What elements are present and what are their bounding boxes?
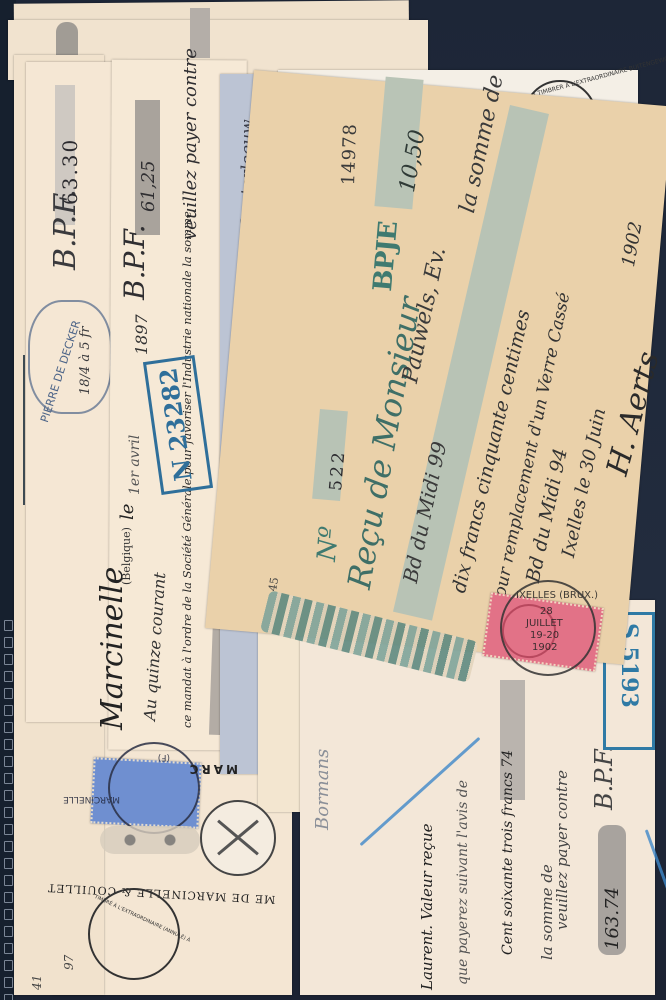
film-perforation [4, 790, 13, 801]
ixelles-postmark-time: 19-20 [530, 630, 559, 641]
mining-emblem [200, 800, 276, 876]
scroll-ornament [100, 826, 200, 854]
film-perforation [4, 807, 13, 818]
film-perforation [4, 994, 13, 1000]
film-perforation [4, 637, 13, 648]
bill-left-date-note: 18/4 à 5 fr [78, 326, 93, 395]
blue-box-stamp-text: N 23282 [153, 366, 198, 483]
marcinelle-amount: 61,25 [138, 160, 159, 212]
receipt-monogram: BPJE [368, 221, 404, 293]
ixelles-postmark-year: 1902 [532, 642, 557, 653]
film-perforation [4, 705, 13, 716]
receipt-number-top: 14978 [338, 123, 361, 186]
marcinelle-country: (Belgique) [120, 527, 133, 585]
bottom-right-signature: Bormans [312, 749, 333, 830]
ixelles-postmark: IXELLES (BRUX.) 28 JUILLET 19-20 1902 [500, 580, 596, 676]
film-perforation [4, 671, 13, 682]
bottom-right-amount-words: Cent soixante trois francs 74 [500, 750, 516, 955]
receipt-margin-note: 45 [266, 576, 281, 592]
film-perforation [4, 756, 13, 767]
bottom-right-payee: Laurent. Valeur reçue [418, 824, 436, 991]
letterhead-margin-note-2: 41 [30, 975, 44, 990]
marcinelle-place: Marcinelle [95, 567, 130, 730]
receipt-no: 522 [326, 449, 350, 492]
film-perforation [4, 926, 13, 937]
film-perforation [4, 875, 13, 886]
ixelles-postmark-day: 28 [540, 606, 553, 617]
bottom-right-la-somme: la somme de [538, 864, 556, 960]
marcinelle-year: 1897 [132, 314, 151, 355]
marcinelle-postmark-code: (F) [158, 752, 170, 762]
black-bracket-line [23, 355, 25, 505]
extraordinaire-round-stamp: TIMBRÉ À L'EXTRAORDINAIRE (ANNULÉ) À [88, 888, 180, 980]
engraved-arch-ornament [56, 22, 78, 58]
film-perforation [4, 688, 13, 699]
film-perforation [4, 841, 13, 852]
letterhead-heading-partial: MARC [187, 762, 238, 776]
bottom-right-valeur: que payerez suivant l'avis de [455, 780, 471, 985]
film-perforation [4, 960, 13, 971]
film-perforation [4, 909, 13, 920]
film-perforation [4, 722, 13, 733]
bottom-right-amount: 163.74 [602, 887, 623, 950]
marcinelle-postmark: MARCINELLE (F) [108, 742, 200, 834]
receipt-no-label: Nº [312, 525, 345, 562]
marcinelle-date: 1er avril [127, 435, 143, 495]
bottom-right-bpf: B.P.F. [590, 745, 618, 810]
film-perforation [4, 858, 13, 869]
letterhead-margin-note: 97 [62, 955, 76, 970]
film-perforation [4, 892, 13, 903]
marcinelle-bpf: B.P.F. [118, 224, 151, 300]
ixelles-postmark-city: IXELLES (BRUX.) [516, 590, 598, 601]
film-perforation [4, 977, 13, 988]
film-perforation [4, 773, 13, 784]
ixelles-postmark-month: JUILLET [526, 618, 563, 629]
film-perforation [4, 620, 13, 631]
film-perforation [4, 824, 13, 835]
marcinelle-date-prefix: le [117, 504, 138, 520]
film-perforation [4, 654, 13, 665]
film-perforation [4, 739, 13, 750]
marcinelle-postmark-city: MARCINELLE [63, 794, 120, 804]
film-perforation [4, 943, 13, 954]
bill-left-amount: 63.30 [58, 138, 82, 205]
